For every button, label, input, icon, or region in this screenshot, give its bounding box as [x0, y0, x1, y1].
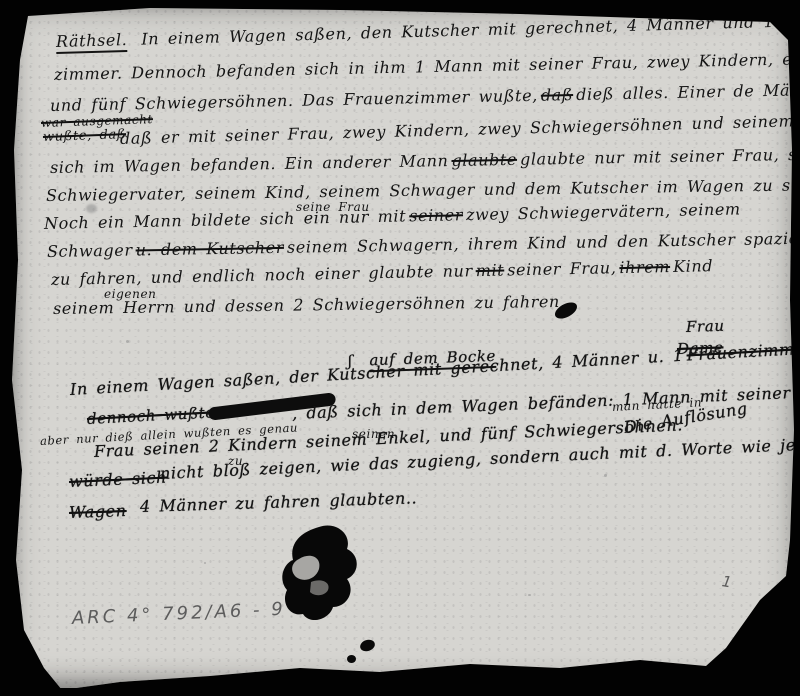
scan-vignette [8, 6, 796, 688]
scanned-document: Räthsel.In einem Wagen saßen, den Kutsch… [0, 0, 800, 696]
manuscript-page: Räthsel.In einem Wagen saßen, den Kutsch… [8, 6, 796, 688]
